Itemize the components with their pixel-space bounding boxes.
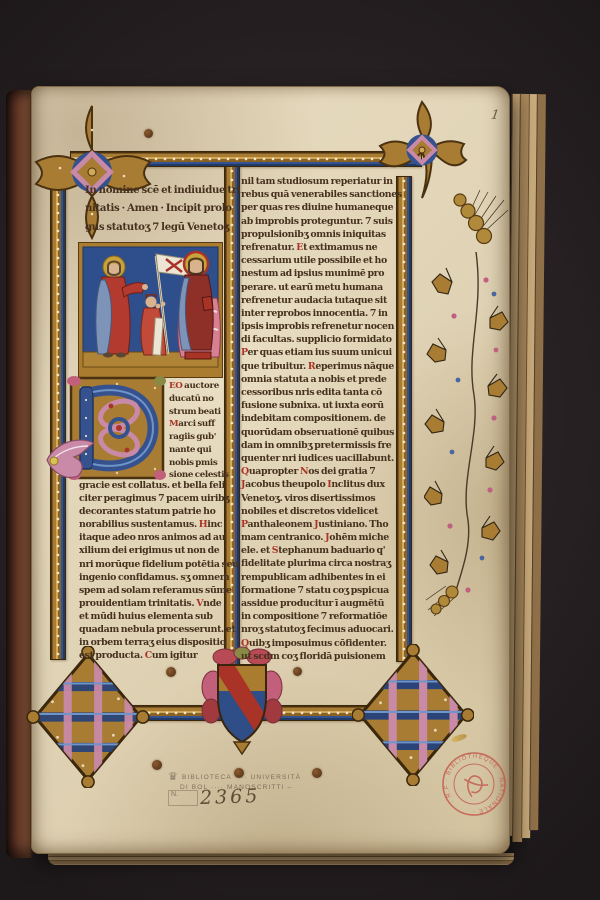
text-line: quorūdam obseruationē quibus: [241, 426, 401, 439]
stamp-text-fragment: BIBLIOTECA ···· UNIVERSITÀ: [182, 774, 301, 781]
text-line: refrenatur. Et extimamus ne: [241, 241, 401, 254]
boss-dot: [166, 667, 176, 677]
text-line: rebus quā venerabiles sanctiones: [241, 188, 401, 201]
text-line: propulsionibʒ omnis iniquitas: [241, 228, 401, 241]
text-line: nitatis · Amen · Incipit prolo: [85, 199, 237, 217]
text-line: cessarium utile possibile et ho: [241, 254, 401, 267]
text-line: Venetoʒ. viros disertissimos: [241, 492, 401, 505]
text-line: quadam nebula processerunt. et: [79, 623, 232, 636]
text-line: rempublicam adhibentes in ei: [241, 571, 401, 584]
boss-dot: [293, 667, 302, 676]
boss-dot: [152, 760, 162, 770]
text-line: mam centranico. Johēm miche: [241, 531, 401, 544]
manuscript-photo: 1: [0, 0, 600, 900]
text-line: EO auctore: [169, 380, 231, 393]
initial-side-text: EO auctoreducatū nostrum beatiMarci suff…: [169, 380, 231, 482]
text-line: nobiles et discretos videlicet: [241, 505, 401, 518]
black-library-stamp: ♛ BIBLIOTECA ···· UNIVERSITÀ DI BOL ····…: [166, 772, 342, 832]
knot-panel-bottom-left: [24, 646, 152, 788]
foliate-leaf-ornament: [42, 434, 98, 484]
text-line: decorantes statum patrie ho: [79, 505, 232, 518]
text-line: Panthaleonem Justiniano. Tho: [241, 518, 401, 531]
handwritten-shelfmark-number: 2365: [200, 785, 261, 809]
text-line: dam in omnibʒ pretermissis fre: [241, 439, 401, 452]
text-line: norabilius sustentamus. Hinc: [79, 518, 232, 531]
text-line: per quas res diuine humaneque: [241, 201, 401, 214]
text-line: gracie est collatus. et bella feli: [79, 479, 232, 492]
text-line: quenter nri iudices uacillabunt.: [241, 452, 401, 465]
right-text-column: nil tam studiosum reperiatur inrebus quā…: [241, 175, 401, 663]
text-line: In nomine scē et indiuidue tri: [85, 181, 237, 199]
text-line: fusione subnixa. ut iuxta eorū: [241, 399, 401, 412]
text-line: ut scdm coʒ floridā puisionem: [241, 650, 401, 663]
text-line: que tribuitur. Reperimus nāque: [241, 360, 401, 373]
text-line: formatione 7 statu coʒ pspicua: [241, 584, 401, 597]
text-line: nante qui: [169, 444, 231, 457]
text-line: ducatū no: [169, 393, 231, 406]
text-line: strum beati: [169, 406, 231, 419]
text-line: di facultas. supplicio formidato: [241, 333, 401, 346]
text-line: ab improbis proteguntur. 7 suis: [241, 215, 401, 228]
text-line: cessoribus nris edita tanta cō: [241, 386, 401, 399]
text-line: ele. et Stephanum baduario q': [241, 544, 401, 557]
miniature: [78, 242, 223, 378]
left-text-column: gracie est collatus. et bella feliciter …: [79, 479, 232, 662]
boss-dot: [144, 129, 153, 138]
border-left-bar: [50, 172, 66, 660]
text-line: fidelitate plurima circa nostraʒ: [241, 557, 401, 570]
text-line: ipsis improbis refrenetur nocen: [241, 320, 401, 333]
text-line: itaque adeo nros animos ad au: [79, 531, 232, 544]
text-line: Per quas etiam ius suum unicui: [241, 346, 401, 359]
text-line: nri morūque fidelium potētia seu: [79, 558, 232, 571]
crown-stamp-icon: ♛: [168, 770, 178, 783]
text-line: est producta. Cum igitur: [79, 649, 232, 662]
text-line: Jacobus theupolo Inclitus dux: [241, 478, 401, 491]
text-line: Quibʒ imposuimus cōfidenter.: [241, 637, 401, 650]
text-line: et mūdi huius elementa sub: [79, 610, 232, 623]
rubric-incipit: In nomine scē et indiuidue trinitatis · …: [85, 181, 237, 236]
text-line: omnia statuta a nobis et prede: [241, 373, 401, 386]
text-line: spem ad solam referamus sūme: [79, 584, 232, 597]
marginal-floral-sprig: [424, 190, 512, 618]
text-line: Marci suff: [169, 418, 231, 431]
text-line: indebitam compositionem. de: [241, 412, 401, 425]
tail-edge-page-stack: [48, 853, 514, 865]
text-line: inter reprobos innocentia. 7 in: [241, 307, 401, 320]
text-line: ingenio confidamus. sʒ omnem: [79, 571, 232, 584]
text-line: ragiis gub': [169, 431, 231, 444]
text-line: nroʒ statutoʒ fecimus aduocari.: [241, 623, 401, 636]
text-line: assidue producitur ī augmētū: [241, 597, 401, 610]
text-line: perare. ut earū metu humana: [241, 281, 401, 294]
text-line: Quapropter Nos dei gratia 7: [241, 465, 401, 478]
text-line: nobis pmis: [169, 457, 231, 470]
text-line: nestum ad ipsius munimē pro: [241, 267, 401, 280]
text-line: citer peragimus 7 pacem uiribʒ: [79, 492, 232, 505]
text-line: in compositione 7 reformatiōe: [241, 610, 401, 623]
wheat-ear-top: [454, 190, 508, 244]
text-line: prouidentiam trinitatis. Vnde: [79, 597, 232, 610]
text-line: nil tam studiosum reperiatur in: [241, 175, 401, 188]
text-line: refrenetur audacia tutaque sit: [241, 294, 401, 307]
stamp-number-label: N.: [168, 790, 198, 806]
wheat-ear-bottom: [426, 586, 458, 616]
text-line: gus statutoʒ 7 legū Venetoʒ: [85, 218, 237, 236]
text-line: in orbem terraʒ eius dispositio: [79, 636, 232, 649]
text-line: xilium dei erigimus ut non de: [79, 544, 232, 557]
